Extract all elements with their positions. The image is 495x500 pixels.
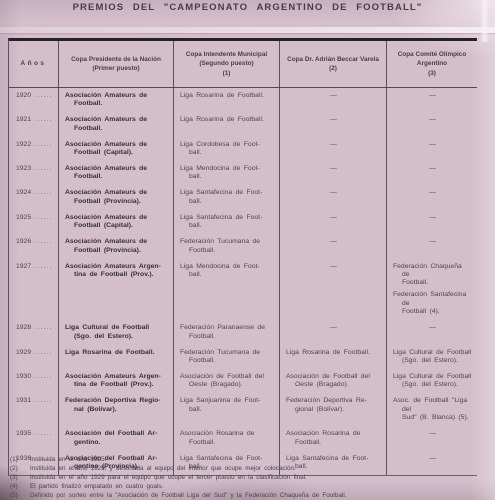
empty-dash: — (393, 165, 472, 173)
prize-cell: — (279, 259, 386, 321)
table-row: 1928 ......Liga Cultural de Football (Sg… (9, 320, 477, 344)
prize-entry: Federación Santafecina de Football (4). (393, 291, 472, 316)
year-leader-dots: ...... (31, 214, 53, 221)
prize-entry: Liga Rosarina de Football. (180, 116, 274, 124)
prize-entry: Liga Cultural de Football (Sgo. del Este… (393, 373, 472, 390)
prize-entry: Liga Cultural de Football (Sgo. del Este… (65, 324, 168, 341)
year-label: 1922 (16, 141, 31, 148)
prize-cell: Liga Cultural de Football (Sgo. del Este… (58, 320, 173, 344)
footnote-text: Definido por sorteo entre la "Asociación… (30, 492, 490, 500)
prize-cell: Asociación Amateurs de Football (Capital… (58, 210, 173, 234)
prize-cell: Liga Cordobesa de Foot- ball. (173, 137, 279, 161)
header-years: Años (9, 41, 58, 87)
year-label: 1923 (16, 165, 31, 172)
prize-cell: Asociación Amateurs de Football. (58, 112, 173, 136)
footnote-text: Instituida en el año 1929, y destinada a… (30, 465, 490, 474)
prize-entry: Liga Cultural de Football (Sgo. del Este… (393, 349, 472, 366)
prize-entry: Asociación Amateurs de Football. (65, 165, 168, 182)
empty-dash: — (286, 116, 381, 124)
prize-entry: Liga Santafecina de Foot- ball. (180, 214, 274, 231)
page-fold-crease (0, 27, 495, 33)
prize-cell: Asoc. de Football "Liga del Sud" (B. Bla… (386, 394, 477, 427)
prize-entry: Federación Deportiva Regio- nal (Bolívar… (65, 397, 168, 414)
prize-cell: Asociación Amateurs de Football (Capital… (58, 137, 173, 161)
empty-dash: — (286, 263, 381, 271)
prize-entry: Liga Mendocina de Foot- ball. (180, 263, 274, 280)
header-copa-comite-olimpico-label: Copa Comité Olímpico Argentino (3) (389, 50, 475, 79)
prize-entry: Asociación Amateurs Argen- tina de Footb… (65, 263, 168, 280)
year-cell: 1925 ...... (9, 210, 58, 234)
prize-cell: Asociación de Football del Oeste (Bragad… (173, 369, 279, 393)
prize-entry: Asociación Rosarina de Football. (180, 430, 274, 447)
table-row: 1921 ......Asociación Amateurs de Footba… (9, 112, 477, 136)
footnote-number: (1) (10, 456, 30, 465)
header-copa-beccar-varela-label: Copa Dr. Adrián Beccar Varela (2) (287, 55, 379, 74)
footnote-number: (2) (10, 465, 30, 474)
year-cell: 1922 ...... (9, 137, 58, 161)
year-leader-dots: ...... (31, 397, 53, 404)
prize-cell: — (279, 234, 386, 258)
prize-cell: Federación Deportiva Re- gional (Bolívar… (279, 394, 386, 427)
prize-entry: Federación Chaqueña de Football. (393, 263, 472, 288)
footnote-text: Instituida en el año 1925. (30, 456, 490, 465)
year-label: 1921 (16, 116, 31, 123)
empty-dash: — (393, 430, 472, 438)
empty-dash: — (286, 189, 381, 197)
prize-cell: Federación Chaqueña de Football.Federaci… (386, 259, 477, 321)
prize-cell: — (386, 234, 477, 258)
year-label: 1930 (16, 373, 31, 380)
table-row: 1920 ......Asociación Amateurs de Footba… (9, 88, 477, 112)
prize-cell: — (386, 112, 477, 136)
prize-cell: Liga Cultural de Football (Sgo. del Este… (386, 345, 477, 369)
prize-entry: Liga Rosarina de Football. (180, 92, 274, 100)
prize-entry: Asociación del Football Ar- gentino. (65, 430, 168, 447)
table-row: 1924 ......Asociación Amateurs de Footba… (9, 186, 477, 210)
prize-entry: Liga Sanjuanina de Foot- ball. (180, 397, 274, 414)
prize-entry: Asociación Amateurs de Football. (65, 116, 168, 133)
year-cell: 1920 ...... (9, 88, 58, 112)
header-copa-intendente: Copa Intendente Municipal (Segundo puest… (173, 41, 279, 87)
year-leader-dots: ...... (31, 92, 53, 99)
year-cell: 1924 ...... (9, 186, 58, 210)
year-leader-dots: ...... (31, 116, 53, 123)
empty-dash: — (286, 165, 381, 173)
header-copa-beccar-varela: Copa Dr. Adrián Beccar Varela (2) (279, 41, 386, 87)
empty-dash: — (393, 214, 472, 222)
footnotes: (1)Instituida en el año 1925.(2)Institui… (10, 456, 490, 500)
prize-entry: Asociación Rosarina de Football. (286, 430, 381, 447)
header-copa-comite-olimpico: Copa Comité Olímpico Argentino (3) (386, 41, 477, 87)
footnote-number: (5) (10, 492, 30, 500)
prize-entry: Asociación Amateurs de Football (Capital… (65, 141, 168, 158)
year-cell: 1921 ...... (9, 112, 58, 136)
prize-cell: — (386, 320, 477, 344)
prize-cell: Asociación Amateurs de Football. (58, 88, 173, 112)
prize-entry: Asociación Amateurs de Football. (65, 92, 168, 109)
prize-entry: Liga Mendocina de Foot- ball. (180, 165, 274, 182)
year-label: 1935 (16, 430, 31, 437)
header-copa-presidente: Copa Presidente de la Nación (Primer pue… (58, 41, 173, 87)
year-leader-dots: ...... (31, 141, 53, 148)
prize-cell: Federación Tucumana de Football. (173, 234, 279, 258)
year-leader-dots: ...... (31, 189, 53, 196)
prize-cell: Asociación Amateurs de Football (Provinc… (58, 186, 173, 210)
footnote-number: (4) (10, 483, 30, 492)
prize-cell: Asociación de Football del Oeste (Bragad… (279, 369, 386, 393)
table-body: 1920 ......Asociación Amateurs de Footba… (9, 88, 477, 475)
header-copa-presidente-label: Copa Presidente de la Nación (Primer pue… (71, 55, 161, 74)
table-row: 1935 ......Asociación del Football Ar- g… (9, 426, 477, 450)
prize-cell: Liga Cultural de Football (Sgo. del Este… (386, 369, 477, 393)
prize-cell: Liga Santafecina de Foot- ball. (173, 210, 279, 234)
prize-cell: — (279, 137, 386, 161)
prize-cell: — (386, 210, 477, 234)
year-cell: 1926 ...... (9, 234, 58, 258)
empty-dash: — (393, 189, 472, 197)
prize-entry: Asociación de Football del Oeste (Bragad… (286, 373, 381, 390)
prize-cell: — (279, 210, 386, 234)
year-cell: 1923 ...... (9, 161, 58, 185)
year-leader-dots: ...... (31, 430, 53, 437)
year-leader-dots: ...... (31, 238, 53, 245)
prize-entry: Federación Deportiva Re- gional (Bolívar… (286, 397, 381, 414)
table-row: 1923 ......Asociación Amateurs de Footba… (9, 161, 477, 185)
prize-cell: — (386, 88, 477, 112)
premios-table: Años Copa Presidente de la Nación (Prime… (8, 38, 477, 476)
footnote-number: (3) (10, 474, 30, 483)
footnote: (2)Instituida en el año 1929, y destinad… (10, 465, 490, 474)
prize-entry: Asoc. de Football "Liga del Sud" (B. Bla… (393, 397, 472, 422)
page-title: PREMIOS DEL "CAMPEONATO ARGENTINO DE FOO… (0, 2, 495, 13)
prize-cell: Federación Tucumana de Football. (173, 345, 279, 369)
empty-dash: — (286, 238, 381, 246)
prize-cell: — (279, 186, 386, 210)
prize-cell: Liga Rosarina de Football. (173, 112, 279, 136)
prize-cell: — (279, 112, 386, 136)
prize-cell: Asociación del Football Ar- gentino. (58, 426, 173, 450)
year-label: 1925 (16, 214, 31, 221)
prize-cell: — (279, 320, 386, 344)
prize-entry: Federación Paranaense de Football. (180, 324, 274, 341)
prize-entry: Asociación Amateurs Argen- tina de Footb… (65, 373, 168, 390)
prize-entry: Liga Rosarina de Football. (286, 349, 381, 357)
footnote-text: Instituida en el año 1929 para el equipo… (30, 474, 490, 483)
empty-dash: — (393, 141, 472, 149)
table-row: 1931 ......Federación Deportiva Regio- n… (9, 394, 477, 427)
prize-cell: Asociación Amateurs de Football (Provinc… (58, 234, 173, 258)
prize-cell: Liga Rosarina de Football. (279, 345, 386, 369)
prize-entry: Liga Santafecina de Foot- ball. (180, 189, 274, 206)
prize-cell: Liga Santafecina de Foot- ball. (173, 186, 279, 210)
empty-dash: — (286, 141, 381, 149)
empty-dash: — (286, 92, 381, 100)
empty-dash: — (286, 324, 381, 332)
year-cell: 1927 ...... (9, 259, 58, 321)
empty-dash: — (393, 116, 472, 124)
year-cell: 1935 ...... (9, 426, 58, 450)
year-leader-dots: ...... (31, 373, 53, 380)
year-cell: 1931 ...... (9, 394, 58, 427)
year-label: 1931 (16, 397, 31, 404)
prize-entry: Asociación de Football del Oeste (Bragad… (180, 373, 274, 390)
footnote: (3)Instituida en el año 1929 para el equ… (10, 474, 490, 483)
year-cell: 1928 ...... (9, 320, 58, 344)
prize-cell: Asociación Amateurs Argen- tina de Footb… (58, 369, 173, 393)
prize-cell: Federación Paranaense de Football. (173, 320, 279, 344)
prize-entry: Federación Tucumana de Football. (180, 349, 274, 366)
document-page: PREMIOS DEL "CAMPEONATO ARGENTINO DE FOO… (0, 0, 495, 500)
footnote: (1)Instituida en el año 1925. (10, 456, 490, 465)
prize-entry: Asociación Amateurs de Football (Provinc… (65, 189, 168, 206)
prize-cell: — (386, 137, 477, 161)
page-fold-crease-right (480, 0, 489, 42)
header-years-label: Años (21, 59, 47, 69)
prize-entry: Asociación Amateurs de Football (Provinc… (65, 238, 168, 255)
year-label: 1928 (16, 324, 31, 331)
prize-cell: — (386, 426, 477, 450)
table-row: 1927 ......Asociación Amateurs Argen- ti… (9, 259, 477, 321)
prize-cell: Federación Deportiva Regio- nal (Bolívar… (58, 394, 173, 427)
prize-entry: Liga Cordobesa de Foot- ball. (180, 141, 274, 158)
prize-cell: Liga Mendocina de Foot- ball. (173, 259, 279, 321)
prize-cell: Asociación Rosarina de Football. (279, 426, 386, 450)
empty-dash: — (393, 324, 472, 332)
year-label: 1927 (16, 263, 31, 270)
footnote: (4)El partido finalizó empatado en cuatr… (10, 483, 490, 492)
prize-entry: Federación Tucumana de Football. (180, 238, 274, 255)
table-row: 1922 ......Asociación Amateurs de Footba… (9, 137, 477, 161)
header-copa-intendente-label: Copa Intendente Municipal (Segundo puest… (186, 50, 267, 79)
year-label: 1929 (16, 349, 31, 356)
year-label: 1920 (16, 92, 31, 99)
prize-cell: Liga Rosarina de Football. (173, 88, 279, 112)
year-leader-dots: ...... (31, 324, 53, 331)
year-leader-dots: ...... (31, 349, 53, 356)
year-cell: 1930 ...... (9, 369, 58, 393)
prize-cell: Asociación Rosarina de Football. (173, 426, 279, 450)
prize-cell: — (279, 161, 386, 185)
empty-dash: — (393, 238, 472, 246)
prize-cell: Asociación Amateurs Argen- tina de Footb… (58, 259, 173, 321)
year-leader-dots: ...... (31, 165, 53, 172)
prize-entry: Asociación Amateurs de Football (Capital… (65, 214, 168, 231)
prize-cell: Liga Mendocina de Foot- ball. (173, 161, 279, 185)
prize-cell: — (386, 161, 477, 185)
empty-dash: — (286, 214, 381, 222)
table-row: 1925 ......Asociación Amateurs de Footba… (9, 210, 477, 234)
year-leader-dots: ...... (31, 263, 53, 270)
table-header-row: Años Copa Presidente de la Nación (Prime… (9, 41, 477, 88)
empty-dash: — (393, 92, 472, 100)
footnote: (5)Definido por sorteo entre la "Asociac… (10, 492, 490, 500)
prize-cell: Asociación Amateurs de Football. (58, 161, 173, 185)
table-row: 1926 ......Asociación Amateurs de Footba… (9, 234, 477, 258)
prize-cell: Liga Sanjuanina de Foot- ball. (173, 394, 279, 427)
year-label: 1926 (16, 238, 31, 245)
year-cell: 1929 ...... (9, 345, 58, 369)
table-row: 1929 ......Liga Rosarina de Football.Fed… (9, 345, 477, 369)
year-label: 1924 (16, 189, 31, 196)
prize-cell: — (386, 186, 477, 210)
prize-entry: Liga Rosarina de Football. (65, 349, 168, 357)
prize-cell: Liga Rosarina de Football. (58, 345, 173, 369)
footnote-text: El partido finalizó empatado en cuatro g… (30, 483, 490, 492)
prize-cell: — (279, 88, 386, 112)
table-row: 1930 ......Asociación Amateurs Argen- ti… (9, 369, 477, 393)
